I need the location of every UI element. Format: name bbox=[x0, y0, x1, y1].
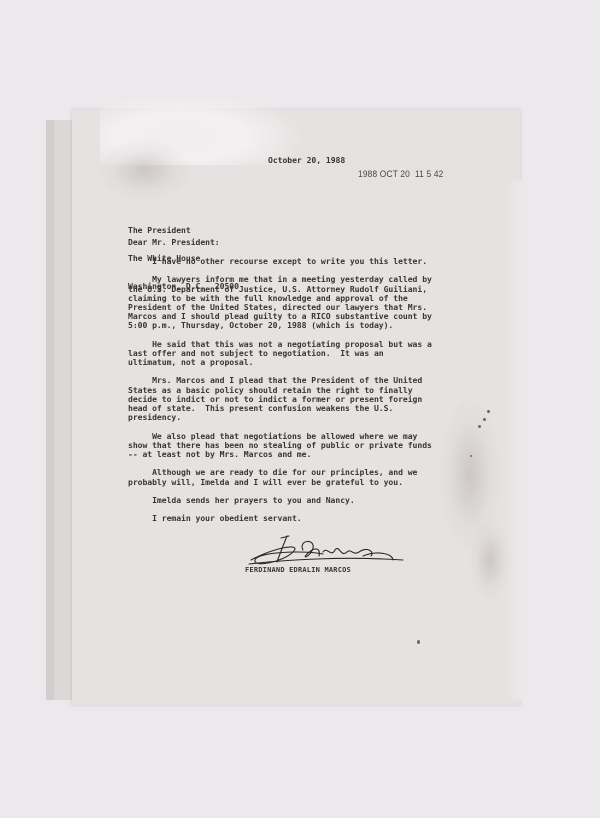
letter-paragraph: My lawyers inform me that in a meeting y… bbox=[128, 275, 508, 330]
paragraph-line: Imelda sends her prayers to you and Nanc… bbox=[128, 496, 508, 505]
paragraph-line: presidency. bbox=[128, 413, 508, 422]
underlying-page-edge bbox=[46, 120, 74, 700]
handwritten-signature-icon bbox=[243, 530, 413, 570]
signature-block: FERDINAND EDRALIN MARCOS bbox=[243, 530, 413, 580]
typed-signer-name: FERDINAND EDRALIN MARCOS bbox=[245, 566, 351, 575]
paragraph-line: 5:00 p.m., Thursday, October 20, 1988 (w… bbox=[128, 321, 508, 330]
letter-body: I have no other recourse except to write… bbox=[128, 257, 508, 533]
letter-paragraph: Although we are ready to die for our pri… bbox=[128, 468, 508, 486]
paragraph-line: probably will, Imelda and I will ever be… bbox=[128, 478, 508, 487]
paragraph-line: I remain your obedient servant. bbox=[128, 514, 508, 523]
paragraph-line: head of state. This present confusion we… bbox=[128, 404, 508, 413]
salutation: Dear Mr. President: bbox=[128, 238, 220, 247]
paragraph-line: -- at least not by Mrs. Marcos and me. bbox=[128, 450, 508, 459]
letter-paragraph: I remain your obedient servant. bbox=[128, 514, 508, 523]
address-line: The President bbox=[128, 226, 239, 235]
page-torn-edge bbox=[505, 180, 535, 700]
letter-paragraph: Imelda sends her prayers to you and Nanc… bbox=[128, 496, 508, 505]
paragraph-line: I have no other recourse except to write… bbox=[128, 257, 508, 266]
letter-date: October 20, 1988 bbox=[268, 156, 345, 165]
stain-mark bbox=[100, 140, 190, 200]
letter-paragraph: We also plead that negotiations be allow… bbox=[128, 432, 508, 460]
letter-paragraph: I have no other recourse except to write… bbox=[128, 257, 508, 266]
letter-paragraph: He said that this was not a negotiating … bbox=[128, 340, 508, 368]
ink-speck bbox=[417, 640, 420, 644]
letter-paragraph: Mrs. Marcos and I plead that the Preside… bbox=[128, 376, 508, 422]
received-stamp: 1988 OCT 20 11 5 42 bbox=[358, 170, 443, 179]
scanned-document-view: October 20, 1988 1988 OCT 20 11 5 42 The… bbox=[0, 0, 600, 818]
paragraph-line: ultimatum, not a proposal. bbox=[128, 358, 508, 367]
